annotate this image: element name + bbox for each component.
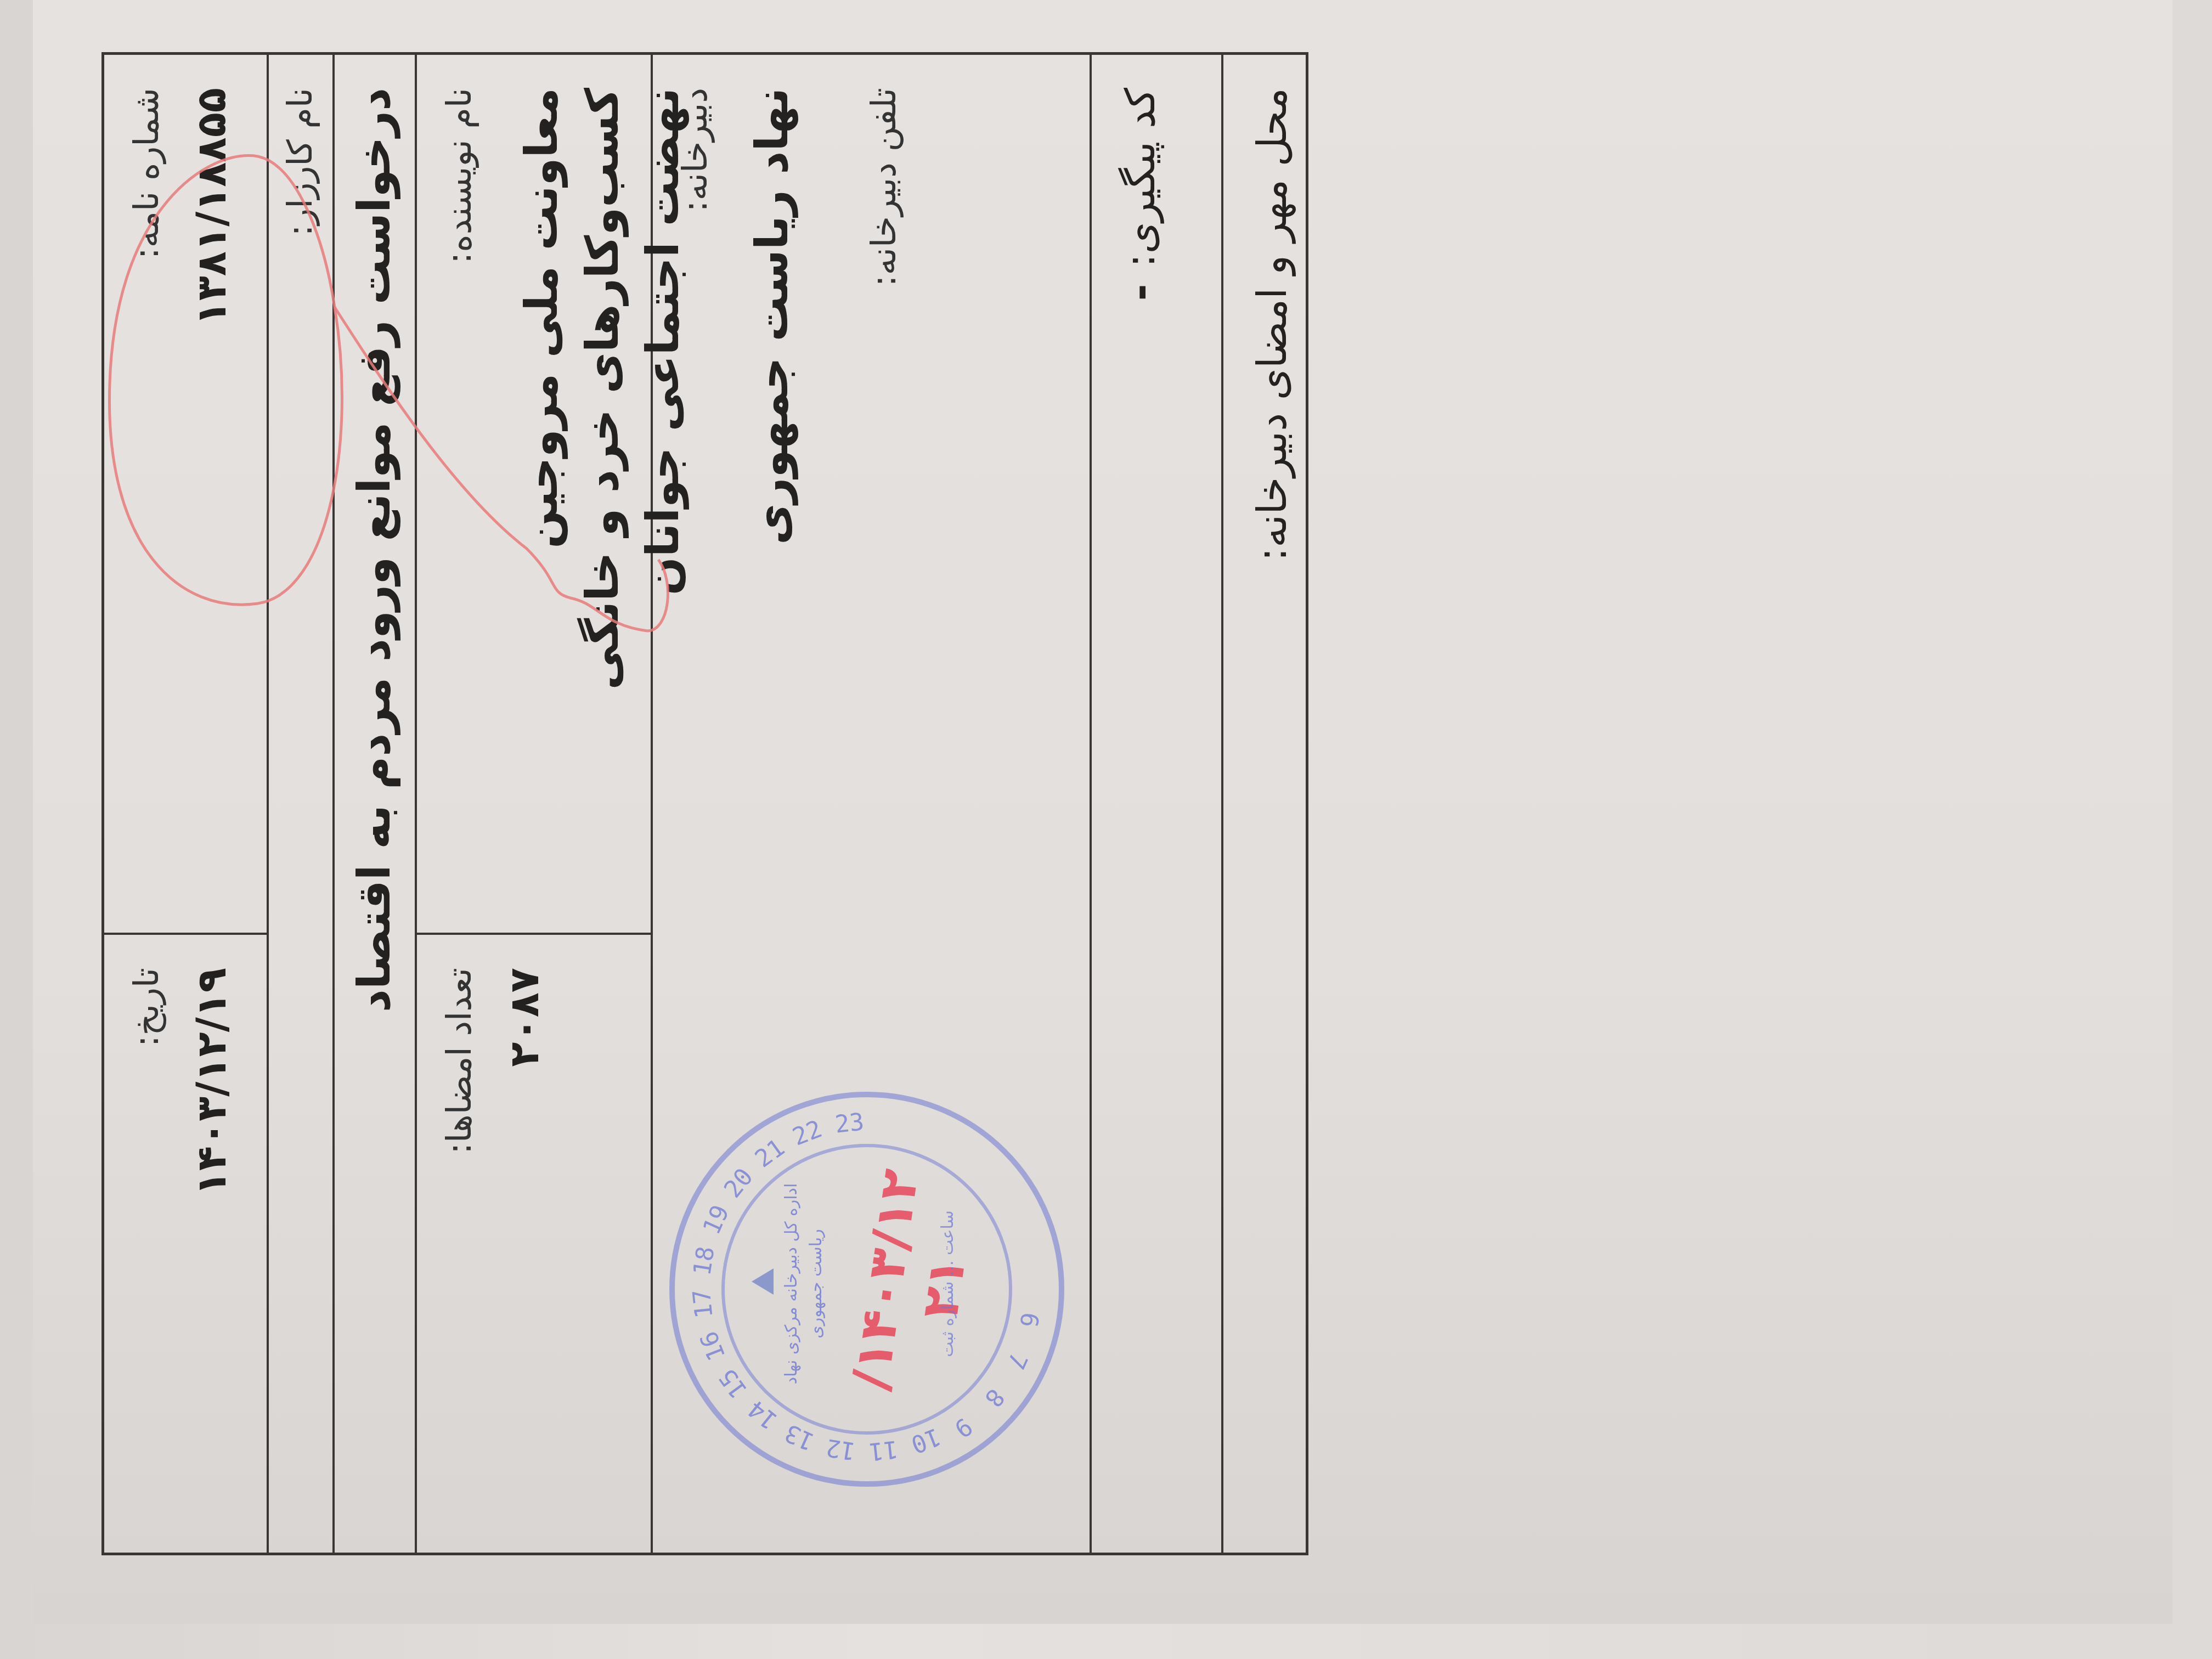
date-value: ۱۴۰۳/۱۲/۱۹ [188,968,235,1520]
subject-cell: درخواست رفع موانع ورود مردم به اقتصاد [323,55,427,1553]
author-cell: نام نویسنده: معاونت ملی مروجین کسب‌وکاره… [417,55,651,933]
date-label: تاریخ: [126,968,166,1520]
stamp-ring-number: 22 [789,1115,826,1152]
signature-count-value: ۲۰۸۷ [501,968,548,1520]
signature-count-cell: تعداد امضاها: ۲۰۸۷ [417,933,651,1553]
letter-number-label: شماره نامه: [126,88,166,900]
stamp-ring-number: 23 [833,1108,865,1138]
seal-row: محل مهر و امضای دبیرخانه: [1223,55,1426,1553]
signature-count-label: تعداد امضاها: [439,968,479,1520]
subject-text: درخواست رفع موانع ورود مردم به اقتصاد [345,88,405,1520]
letter-number-value: ۱۳۸۱/۱۸۸۵۵ [188,88,235,900]
stamp-ring-number: 11 [868,1435,900,1466]
stamp-sub-text: ساعت ... شماره ثبت [938,1174,957,1393]
letter-number-cell: شماره نامه: ۱۳۸۱/۱۸۸۵۵ [104,55,267,933]
stamp-organization: اداره کل دبیرخانه مرکزی نهاد ریاست جمهور… [779,1163,828,1404]
stamp-ring-number: 19 [697,1201,735,1239]
tracking-label: کد پیگیری: [1114,88,1169,267]
stamp-ring-number: 20 [719,1163,759,1203]
author-label: نام نویسنده: [439,88,479,900]
registry-stamp: اداره کل دبیرخانه مرکزی نهاد ریاست جمهور… [669,1092,1064,1487]
stamp-ring-number: 12 [824,1433,857,1465]
stamp-ring-number: 18 [688,1244,720,1277]
tracking-row: کد پیگیری: - [1092,55,1223,1553]
subject-row: درخواست رفع موانع ورود مردم به اقتصاد [335,55,417,1553]
stamp-logo-icon [752,1268,774,1295]
campaign-name-label: نام کارزار: [280,88,320,1520]
secretariat-row: دبیرخانه: نهاد ریاست جمهوری تلفن دبیرخان… [653,55,1092,1553]
petition-form: شماره نامه: ۱۳۸۱/۱۸۸۵۵ تاریخ: ۱۴۰۳/۱۲/۱۹… [101,52,1308,1555]
tracking-cell: کد پیگیری: - [1092,55,1221,1553]
date-cell: تاریخ: ۱۴۰۳/۱۲/۱۹ [104,933,267,1553]
header-row: شماره نامه: ۱۳۸۱/۱۸۸۵۵ تاریخ: ۱۴۰۳/۱۲/۱۹ [104,55,269,1553]
stamp-ring-number: 17 [687,1288,718,1320]
tracking-value: - [1114,284,1169,301]
stamp-ring-number: 7 [1001,1348,1032,1373]
stamp-ring-number: 16 [695,1327,731,1364]
seal-label: محل مهر و امضای دبیرخانه: [1245,88,1300,1520]
seal-cell: محل مهر و امضای دبیرخانه: [1223,55,1426,1553]
stamp-ring-number: 8 [979,1383,1009,1412]
secretariat-cell: دبیرخانه: نهاد ریاست جمهوری تلفن دبیرخان… [653,55,1090,1553]
stamp-ring-number: 6 [1014,1311,1045,1329]
author-row: نام نویسنده: معاونت ملی مروجین کسب‌وکاره… [417,55,653,1553]
